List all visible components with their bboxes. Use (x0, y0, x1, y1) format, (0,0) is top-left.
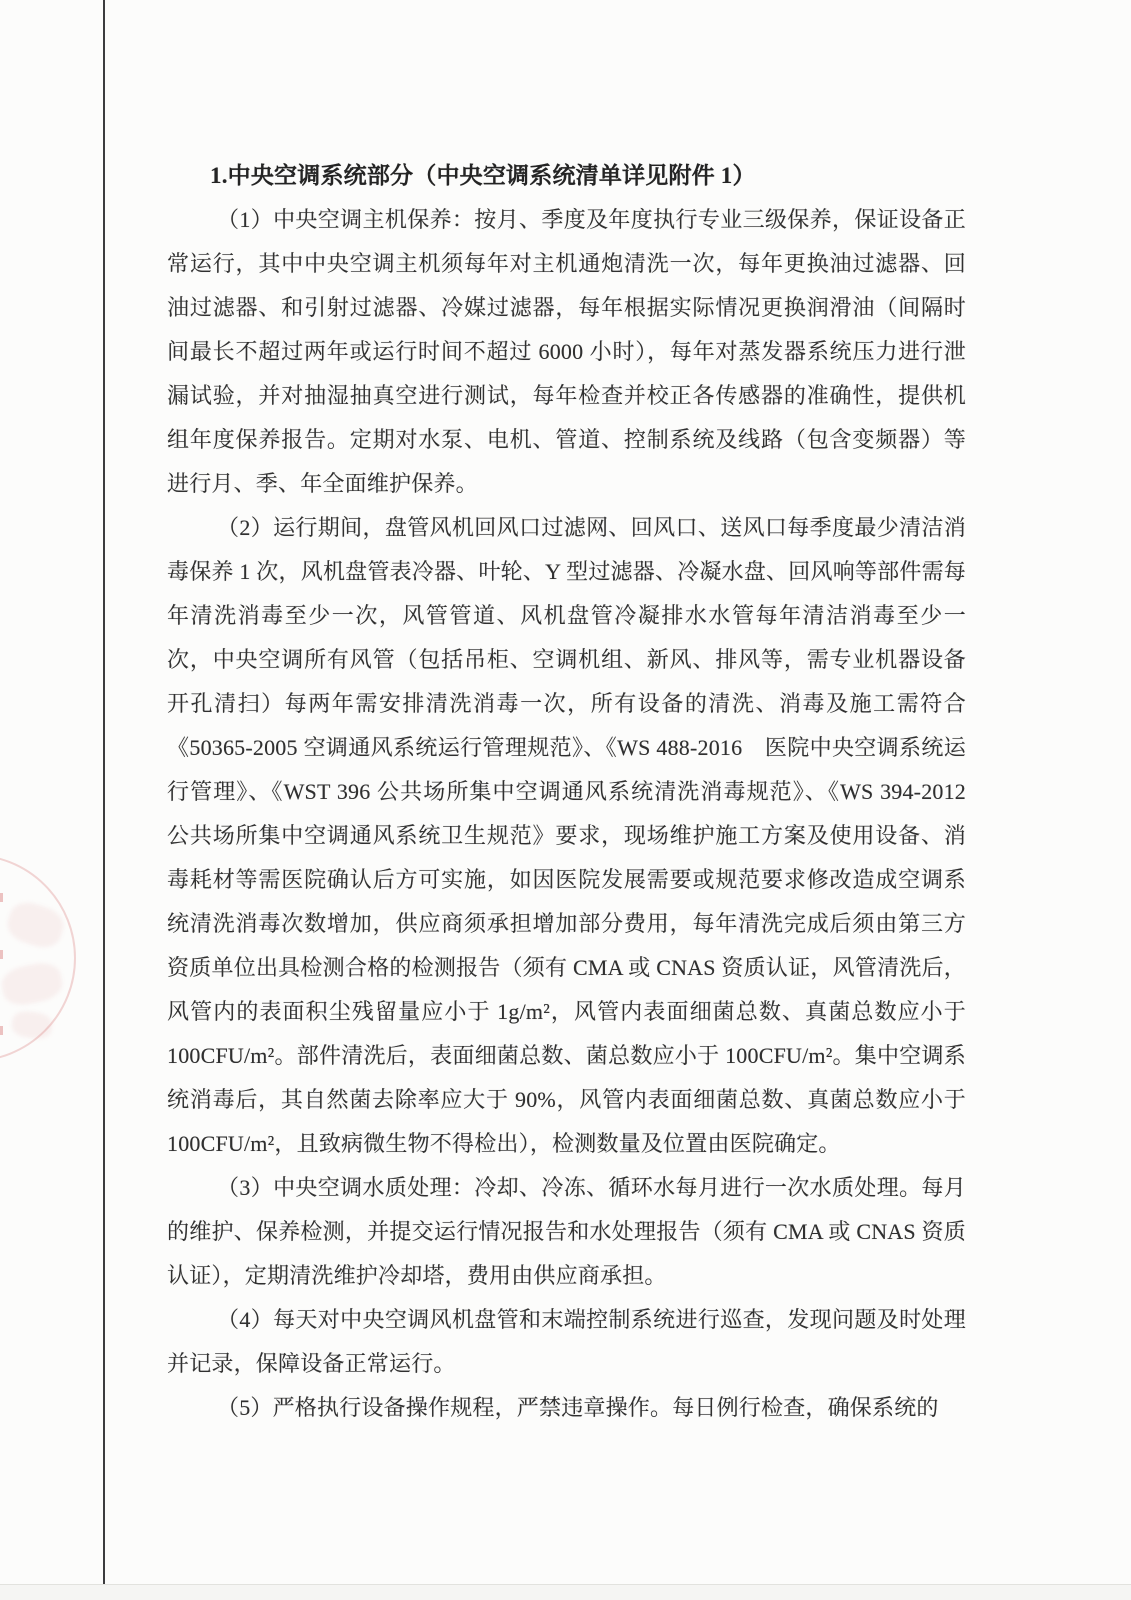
stamp-edge-mark (0, 893, 3, 902)
paragraph-5: （5）严格执行设备操作规程，严禁违章操作。每日例行检查，确保系统的 (167, 1386, 966, 1430)
paragraph-2: （2）运行期间，盘管风机回风口过滤网、回风口、送风口每季度最少清洁消毒保养 1 … (167, 506, 966, 1166)
stamp-edge-mark (0, 950, 3, 959)
scan-border-line (103, 0, 105, 1584)
paragraph-4: （4）每天对中央空调风机盘管和末端控制系统进行巡查，发现问题及时处理并记录，保障… (167, 1298, 966, 1386)
document-body: 1.中央空调系统部分（中央空调系统清单详见附件 1） （1）中央空调主机保养：按… (167, 154, 966, 1430)
page-bottom-edge (0, 1584, 1131, 1600)
stamp-edge-mark (0, 1026, 3, 1035)
paragraph-1: （1）中央空调主机保养：按月、季度及年度执行专业三级保养，保证设备正常运行，其中… (167, 198, 966, 506)
section-heading: 1.中央空调系统部分（中央空调系统清单详见附件 1） (210, 154, 966, 198)
document-page: 1.中央空调系统部分（中央空调系统清单详见附件 1） （1）中央空调主机保养：按… (0, 0, 1131, 1600)
paragraph-3: （3）中央空调水质处理：冷却、冷冻、循环水每月进行一次水质处理。每月的维护、保养… (167, 1166, 966, 1298)
